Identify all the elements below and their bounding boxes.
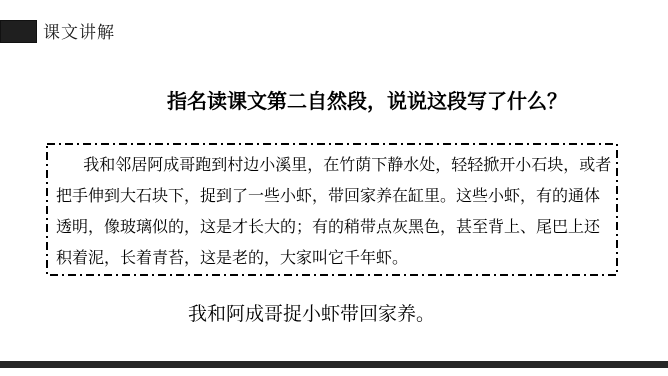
passage-line: 透明，像玻璃似的，这是才长大的；有的稍带点灰黑色，甚至背上、尾巴上还 (56, 212, 610, 243)
section-marker-rectangle (0, 20, 37, 43)
passage-box: 我和邻居阿成哥跑到村边小溪里，在竹荫下静水处，轻轻掀开小石块，或者 把手伸到大石… (46, 143, 618, 276)
passage-line: 把手伸到大石块下，捉到了一些小虾，带回家养在缸里。这些小虾，有的通体 (56, 181, 610, 212)
slide-title: 指名读课文第二自然段，说说这段写了什么？ (167, 89, 567, 115)
summary-sentence: 我和阿成哥捉小虾带回家养。 (188, 302, 435, 328)
bottom-accent-bar (0, 361, 668, 368)
passage-line: 我和邻居阿成哥跑到村边小溪里，在竹荫下静水处，轻轻掀开小石块，或者 (56, 150, 610, 181)
lesson-slide: 课文讲解 指名读课文第二自然段，说说这段写了什么？ 我和邻居阿成哥跑到村边小溪里… (0, 0, 668, 376)
passage-text: 我和邻居阿成哥跑到村边小溪里，在竹荫下静水处，轻轻掀开小石块，或者 把手伸到大石… (56, 150, 610, 274)
passage-line: 积着泥，长着青苔，这是老的，大家叫它千年虾。 (56, 243, 610, 274)
section-label: 课文讲解 (43, 23, 115, 42)
